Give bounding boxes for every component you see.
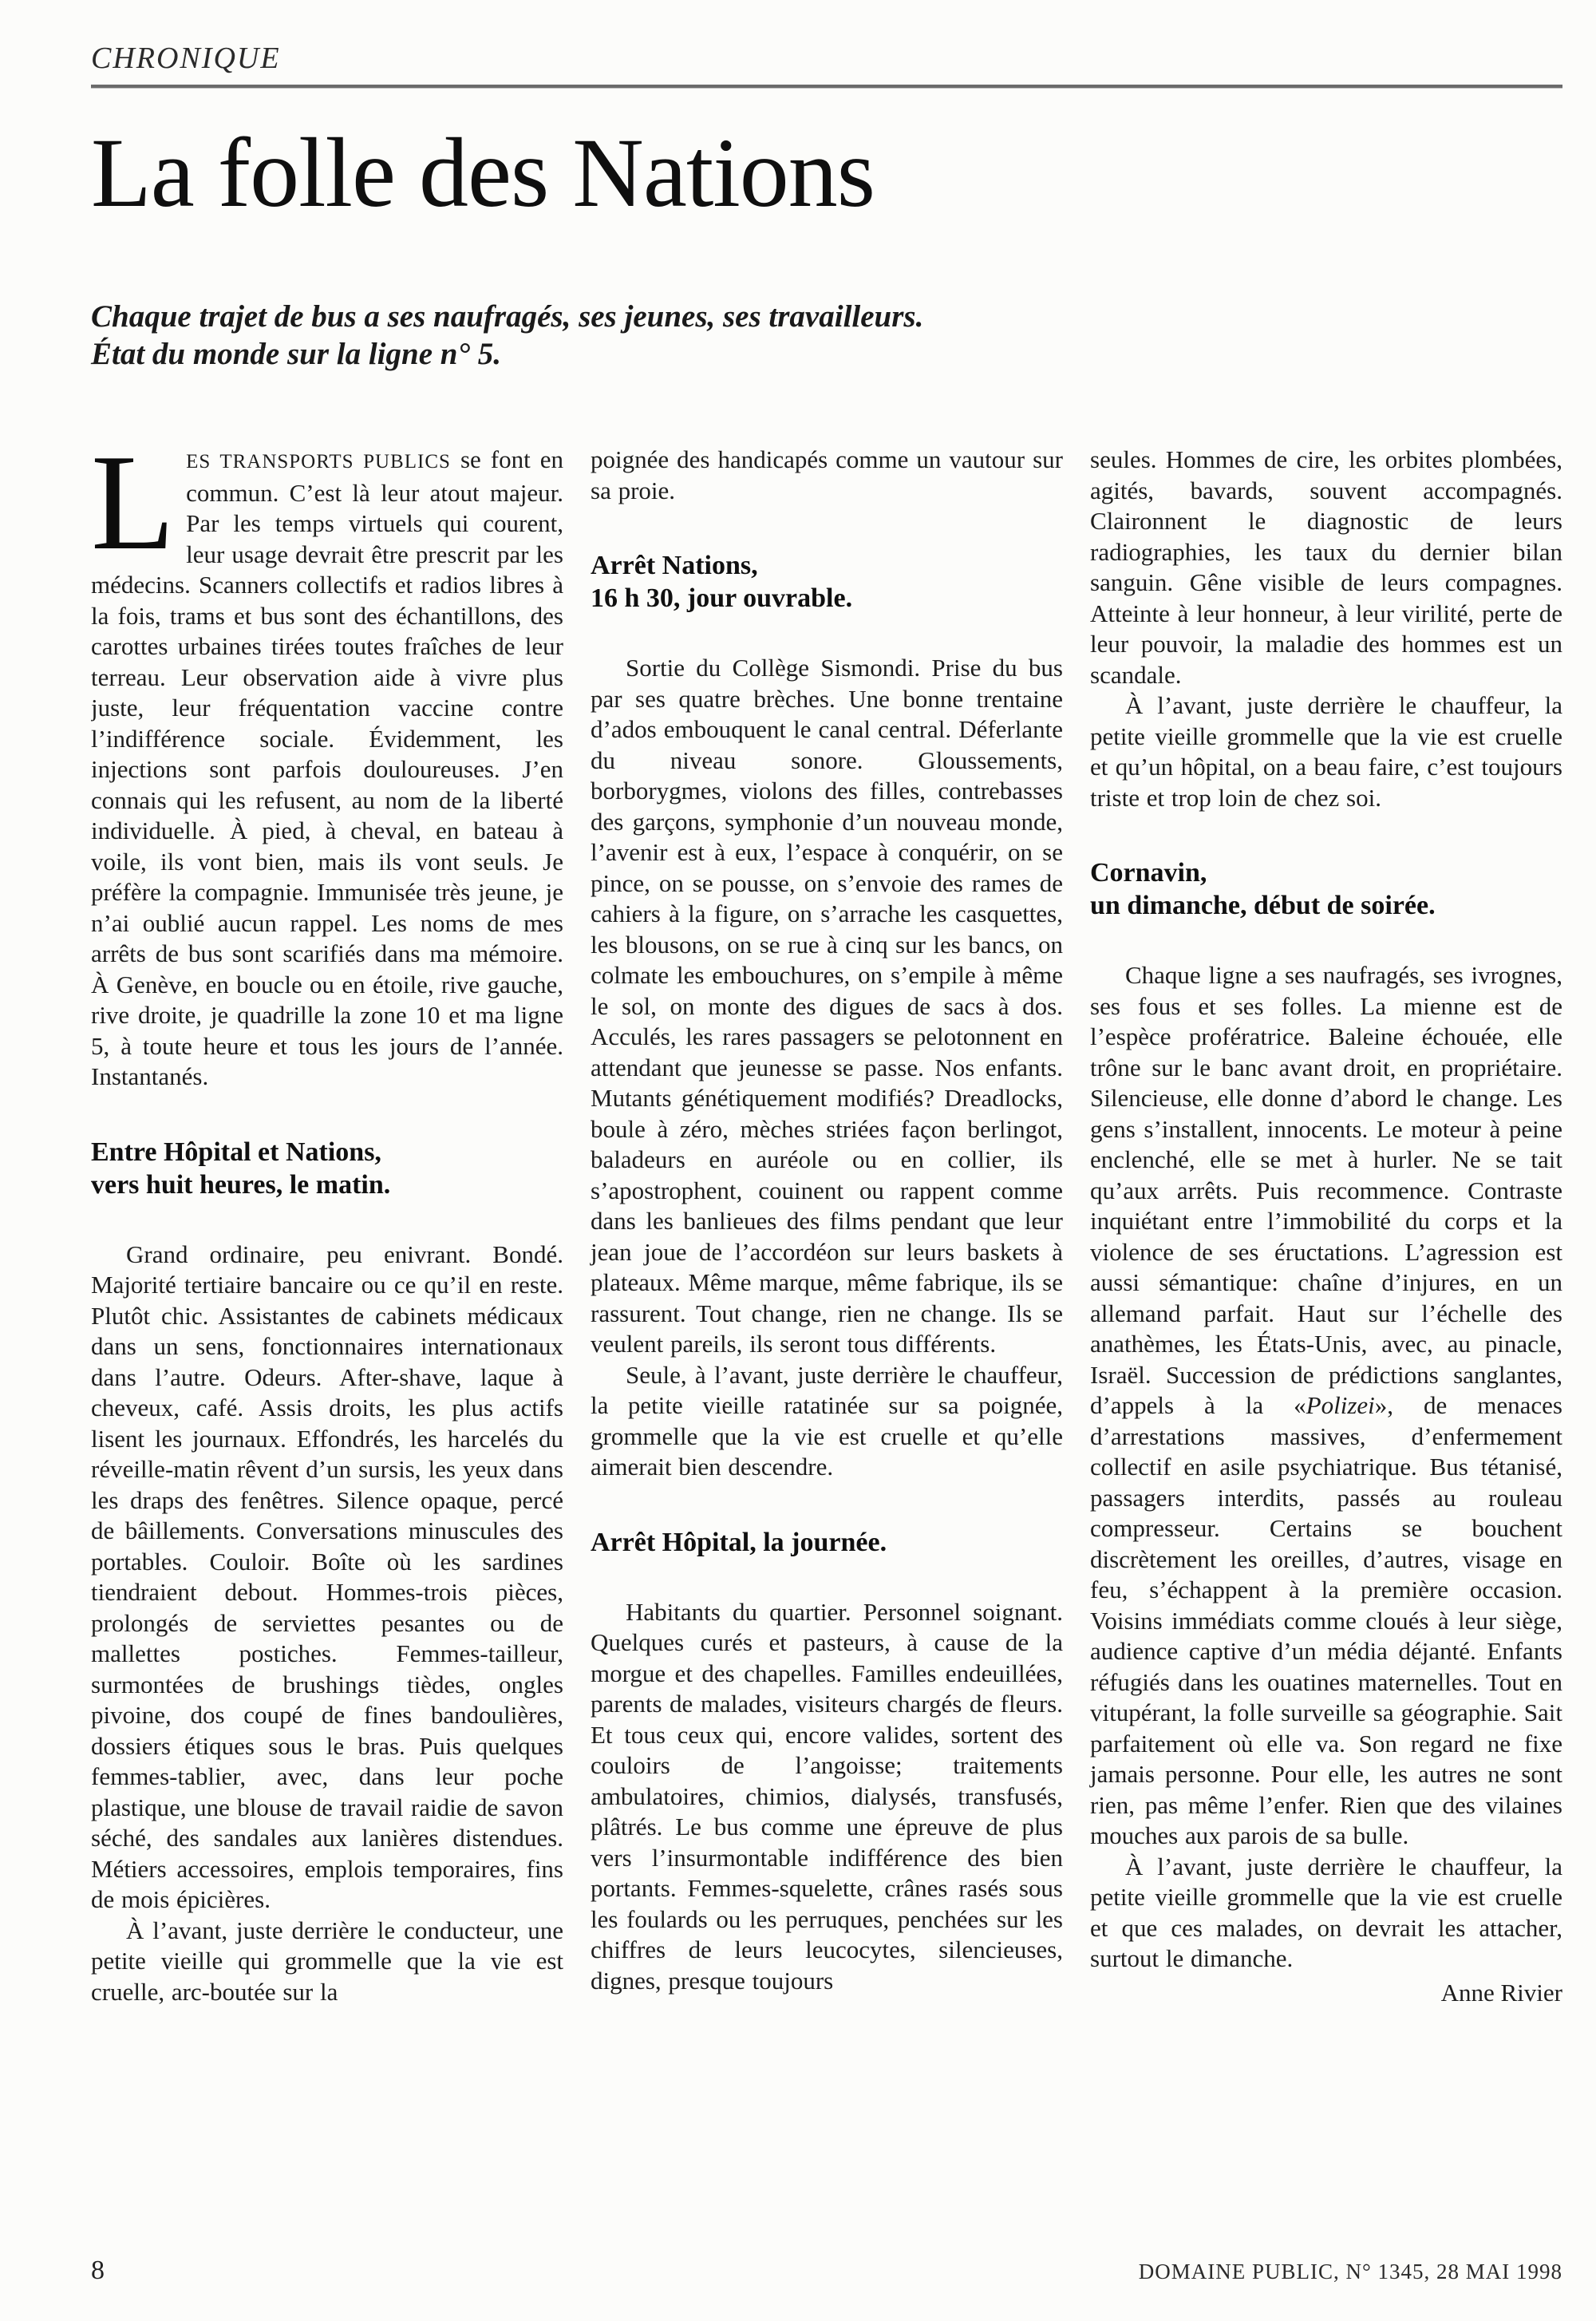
page-title: La folle des Nations [91, 123, 1562, 223]
paragraph: seules. Hommes de cire, les orbites plom… [1090, 445, 1562, 690]
section-heading-line: Entre Hôpital et Nations, [91, 1136, 563, 1168]
section-heading-line: Arrêt Nations, [591, 549, 1063, 582]
paragraph: Sortie du Collège Sismondi. Prise du bus… [591, 653, 1063, 1360]
issue-reference: DOMAINE PUBLIC, N° 1345, 28 MAI 1998 [1139, 2260, 1562, 2284]
byline: Anne Rivier [1090, 1978, 1562, 2009]
section-heading: Arrêt Nations,16 h 30, jour ouvrable. [591, 549, 1063, 615]
paragraph: À l’avant, juste derrière le conducteur,… [91, 1916, 563, 2008]
section-heading-line: Arrêt Hôpital, la journée. [591, 1526, 1063, 1559]
section-heading-line: Cornavin, [1090, 856, 1562, 889]
text-segment: », de menaces d’arrestations massives, d… [1090, 1391, 1562, 1849]
section-heading-line: vers huit heures, le matin. [91, 1168, 563, 1201]
section-heading-line: 16 h 30, jour ouvrable. [591, 582, 1063, 615]
article-lede: Chaque trajet de bus a ses naufragés, se… [91, 299, 945, 374]
paragraph: Habitants du quartier. Personnel soignan… [591, 1597, 1063, 1997]
section-heading-line: un dimanche, début de soirée. [1090, 889, 1562, 922]
paragraph: poignée des handicapés comme un vautour … [591, 445, 1063, 506]
paragraph: À l’avant, juste derrière le chauffeur, … [1090, 690, 1562, 813]
text-column-1: LES TRANSPORTS PUBLICS se font en commun… [91, 445, 563, 2240]
article-columns: LES TRANSPORTS PUBLICS se font en commun… [91, 445, 1562, 2240]
section-heading: Arrêt Hôpital, la journée. [591, 1526, 1063, 1559]
paragraph: Seule, à l’avant, juste derrière le chau… [591, 1360, 1063, 1483]
page-number: 8 [91, 2256, 105, 2286]
text-column-2: poignée des handicapés comme un vautour … [591, 445, 1063, 2240]
lead-in-smallcaps: ES TRANSPORTS PUBLICS [186, 451, 451, 473]
magazine-page: CHRONIQUE La folle des Nations Chaque tr… [0, 0, 1596, 2321]
paragraph: Grand ordinaire, peu enivrant. Bondé. Ma… [91, 1240, 563, 1916]
section-heading: Cornavin,un dimanche, début de soirée. [1090, 856, 1562, 922]
paragraph: LES TRANSPORTS PUBLICS se font en commun… [91, 445, 563, 1093]
drop-cap: L [91, 445, 186, 556]
paragraph: Chaque ligne a ses naufragés, ses ivrogn… [1090, 960, 1562, 1852]
italic-text: Polizei [1306, 1391, 1375, 1419]
kicker-rule-divider [91, 85, 1562, 88]
page-footer: 8 DOMAINE PUBLIC, N° 1345, 28 MAI 1998 [91, 2240, 1562, 2286]
text-segment: Chaque ligne a ses naufragés, ses ivrogn… [1090, 961, 1562, 1419]
section-heading: Entre Hôpital et Nations,vers huit heure… [91, 1136, 563, 1201]
text-column-3: seules. Hommes de cire, les orbites plom… [1090, 445, 1562, 2240]
paragraph: À l’avant, juste derrière le chauffeur, … [1090, 1852, 1562, 1975]
kicker: CHRONIQUE [91, 43, 1562, 73]
